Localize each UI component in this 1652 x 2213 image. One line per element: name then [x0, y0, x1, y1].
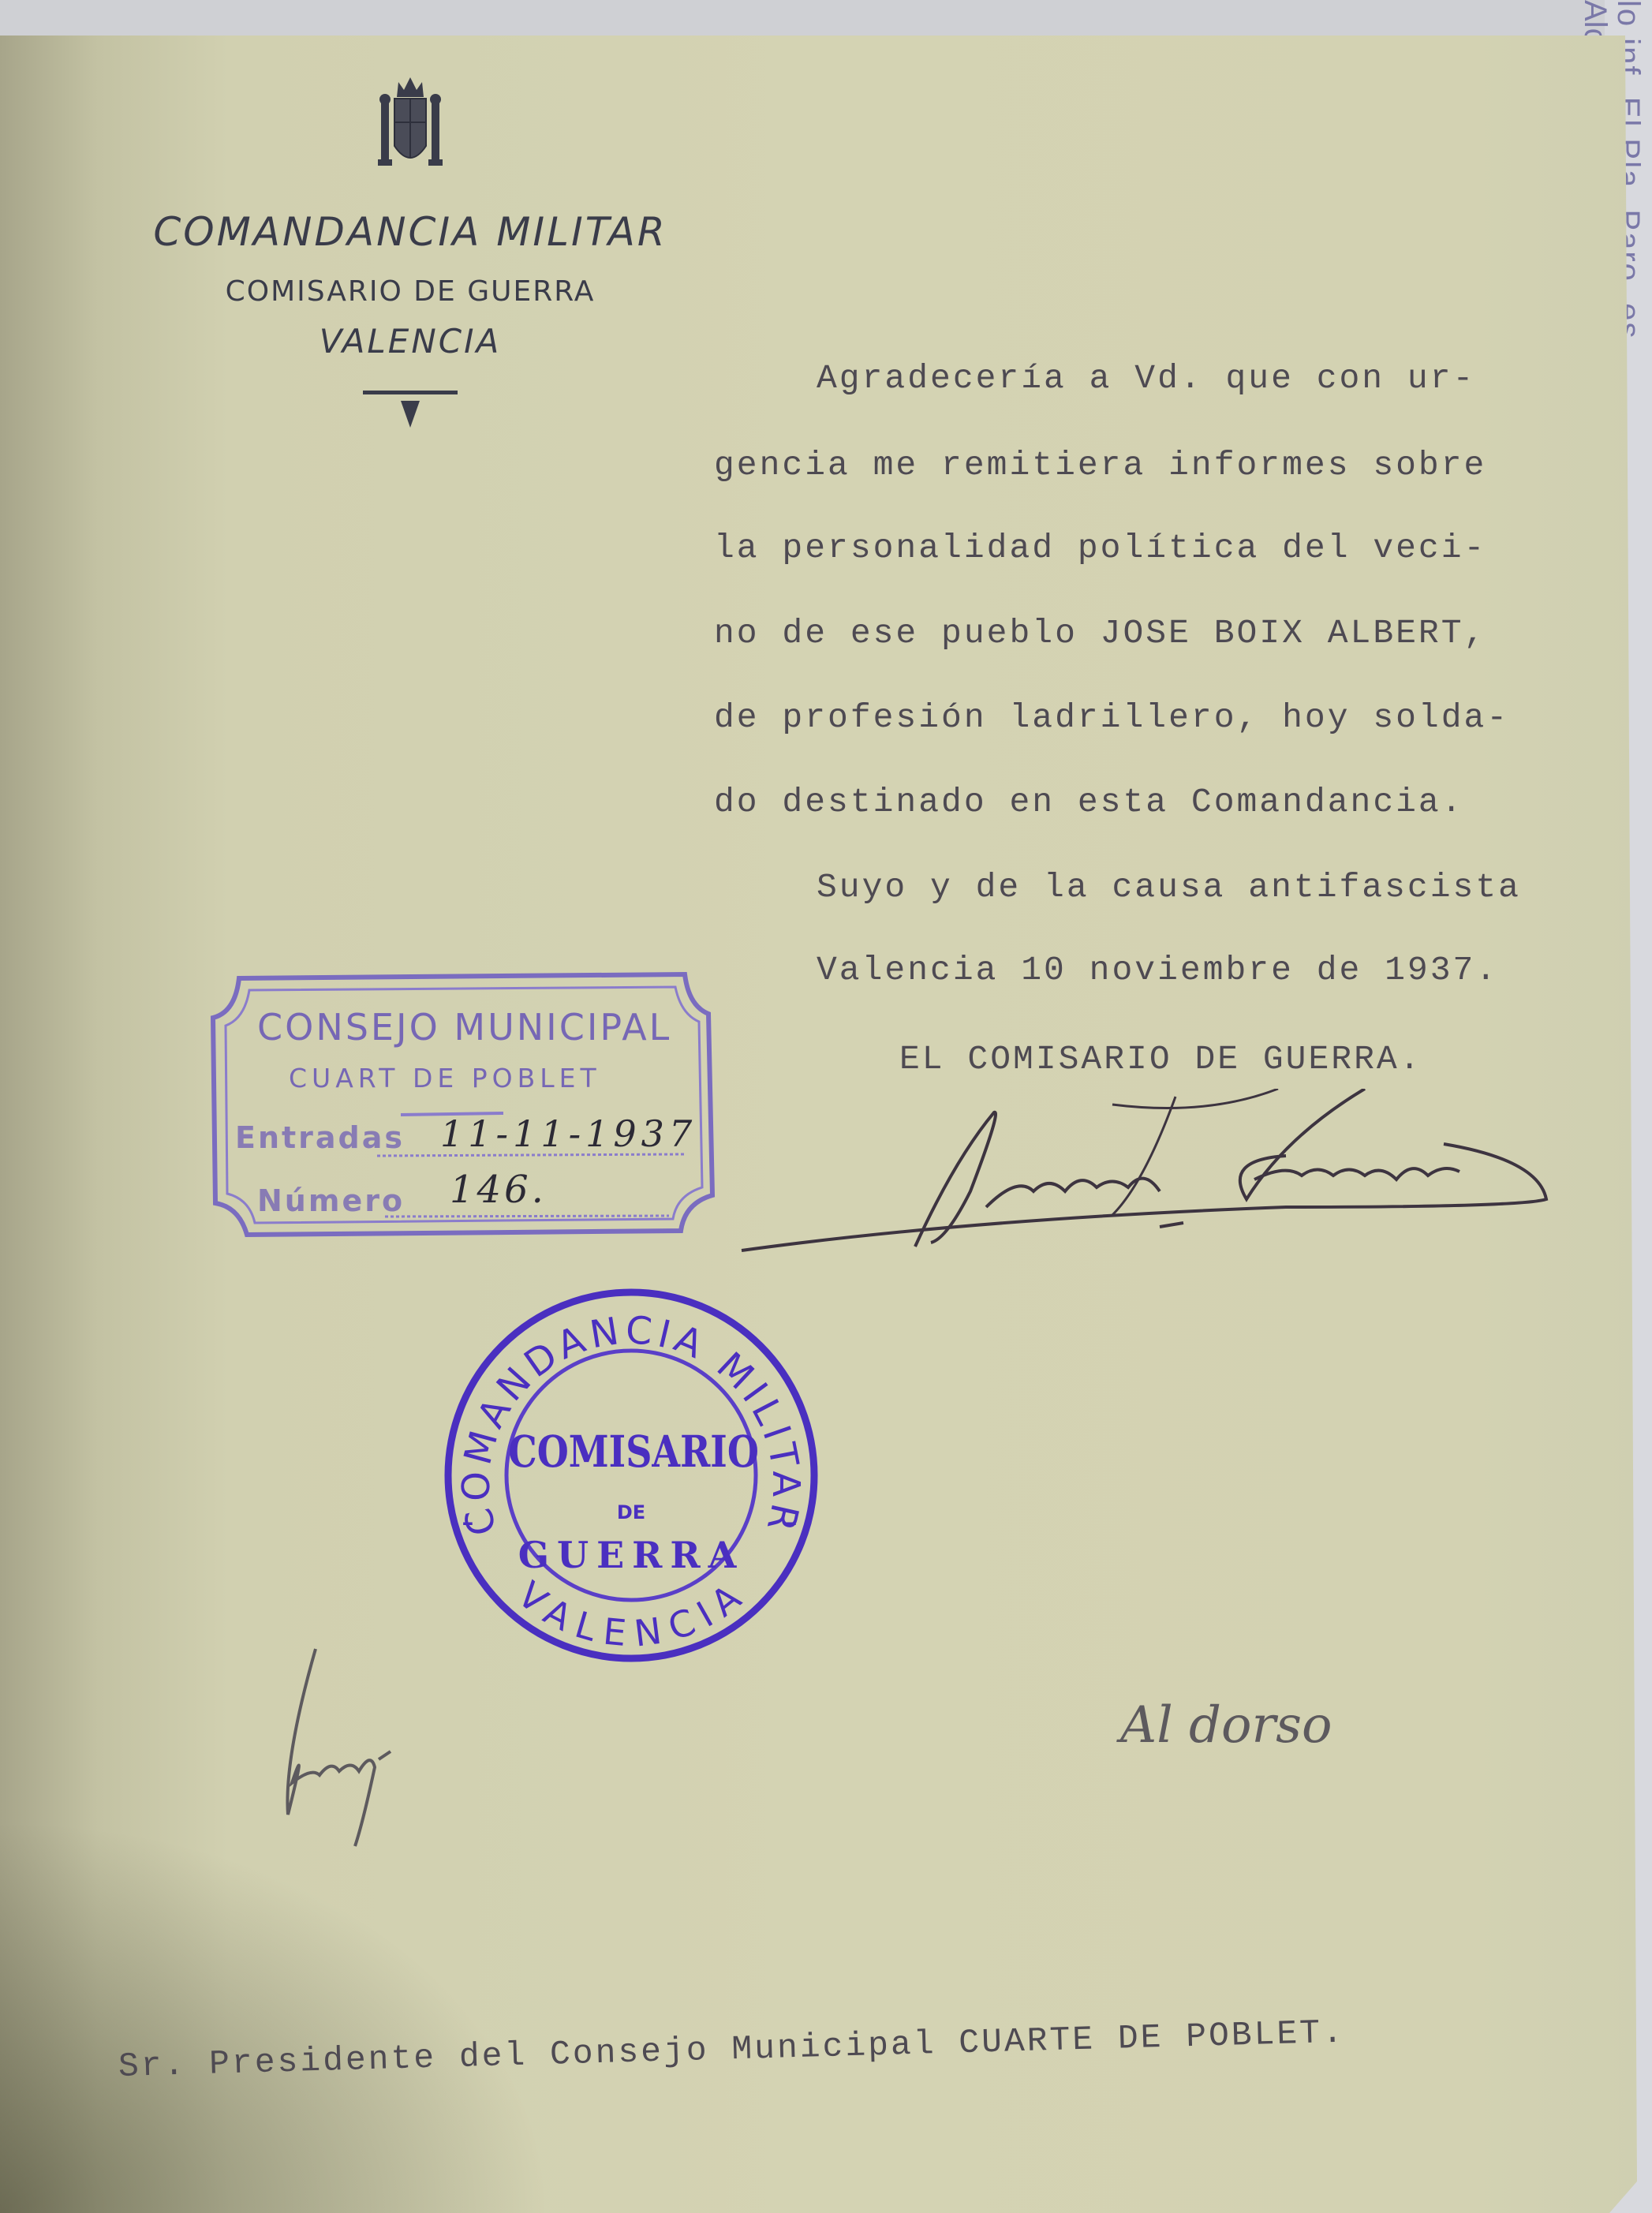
- paper-shadow: [0, 1819, 552, 2213]
- letter-closing: Suyo y de la causa antifascista: [817, 868, 1521, 907]
- letterhead: COMANDANCIA MILITAR COMISARIO DE GUERRA …: [95, 71, 726, 428]
- seal-center-1: COMISARIO: [508, 1426, 759, 1477]
- handwritten-annotation-right: Al dorso: [1120, 1696, 1332, 1755]
- letterhead-subtitle: COMISARIO DE GUERRA: [95, 275, 726, 308]
- seal-center-3: GUERRA: [518, 1534, 745, 1576]
- letter-line: de profesión ladrillero, hoy solda-: [714, 698, 1509, 737]
- letter-line: Agradecería a Vd. que con ur-: [817, 359, 1475, 398]
- letter-line: gencia me remitiera informes sobre: [714, 446, 1486, 484]
- svg-text:-: -: [785, 1501, 798, 1542]
- numero-label: Número: [257, 1183, 405, 1218]
- entradas-value: 11-11-1937: [440, 1112, 697, 1155]
- svg-text:VALENCIA: VALENCIA: [510, 1573, 753, 1655]
- signature-antonio-serrano: [734, 1089, 1562, 1262]
- stamp-line2: CUART DE POBLET: [289, 1063, 601, 1093]
- coat-of-arms-icon: [375, 71, 446, 174]
- svg-text:-: -: [462, 1501, 474, 1542]
- signatory-title: EL COMISARIO DE GUERRA.: [899, 1040, 1422, 1078]
- letterhead-city: VALENCIA: [95, 322, 726, 361]
- letter-date: Valencia 10 noviembre de 1937.: [817, 951, 1498, 989]
- seal-center-2: DE: [617, 1501, 645, 1523]
- seal-outer-bottom: VALENCIA: [510, 1573, 753, 1655]
- letter-line: la personalidad política del veci-: [714, 529, 1486, 567]
- triangle-ornament-icon: [401, 401, 420, 428]
- handwritten-annotation-left: [276, 1641, 434, 1854]
- registry-stamp: CONSEJO MUNICIPAL CUART DE POBLET Entrad…: [204, 959, 716, 1243]
- entradas-label: Entradas: [235, 1120, 405, 1155]
- letter-line: do destinado en esta Comandancia.: [714, 783, 1464, 821]
- letterhead-rule: [363, 391, 458, 394]
- letterhead-title: COMANDANCIA MILITAR: [95, 209, 726, 255]
- numero-value: 146.: [450, 1168, 547, 1212]
- letter-line: no de ese pueblo JOSE BOIX ALBERT,: [714, 614, 1486, 652]
- stamp-line1: CONSEJO MUNICIPAL: [257, 1006, 671, 1049]
- seal-stamp: COMANDANCIA MILITAR VALENCIA - - COMISAR…: [438, 1282, 824, 1669]
